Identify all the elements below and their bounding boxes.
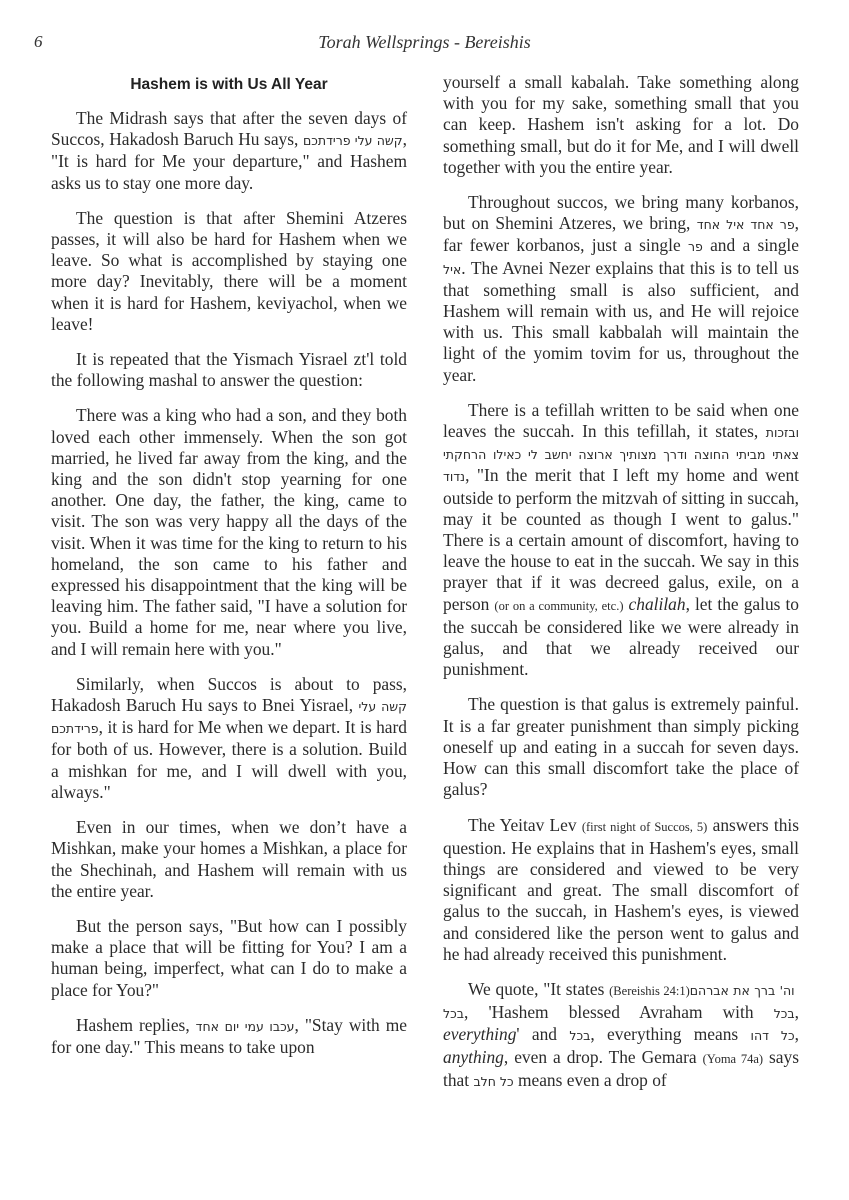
hebrew-quote: קשה עלי פרידתכם <box>303 133 403 148</box>
citation: (Yoma 74a) <box>703 1052 763 1066</box>
running-title: Torah Wellsprings - Bereishis <box>0 32 849 53</box>
citation: (Bereishis 24:1) <box>609 984 690 998</box>
parenthetical: (or on a community, etc.) <box>494 599 623 613</box>
paragraph-korbanos: Throughout succos, we bring many korbano… <box>443 192 799 386</box>
section-heading: Hashem is with Us All Year <box>51 76 407 94</box>
hebrew-word: בכל <box>774 1006 795 1021</box>
paragraph-hashem-replies: Hashem replies, עכבו עמי יום אחד, "Stay … <box>51 1015 407 1058</box>
paragraph-kabalah-continued: yourself a small kabalah. Take something… <box>443 72 799 178</box>
paragraph-galus-question: The question is that galus is extremely … <box>443 694 799 800</box>
paragraph-mashal: There was a king who had a son, and they… <box>51 405 407 659</box>
hebrew-word: בכל <box>569 1028 590 1043</box>
paragraph-yeitav-lev: The Yeitav Lev (first night of Succos, 5… <box>443 815 799 965</box>
paragraph-we-quote: We quote, "It states (Bereishis 24:1) וה… <box>443 979 799 1092</box>
hebrew-word: כל דהו <box>751 1028 795 1043</box>
hebrew-word: איל <box>443 262 461 277</box>
hebrew-word: כל חלב <box>473 1074 513 1089</box>
left-column: Hashem is with Us All Year The Midrash s… <box>51 72 407 1072</box>
paragraph-similarly: Similarly, when Succos is about to pass,… <box>51 674 407 803</box>
hebrew-word: פר <box>688 239 703 254</box>
paragraph-yismach-yisrael: It is repeated that the Yismach Yisrael … <box>51 349 407 391</box>
citation: (first night of Succos, 5) <box>582 820 708 834</box>
hebrew-quote: פר אחד איל אחד <box>697 217 795 232</box>
hebrew-quote: עכבו עמי יום אחד <box>196 1019 295 1034</box>
paragraph-our-times: Even in our times, when we don’t have a … <box>51 817 407 902</box>
paragraph-person-says: But the person says, "But how can I poss… <box>51 916 407 1001</box>
page-header: 6 Torah Wellsprings - Bereishis <box>0 32 849 58</box>
paragraph-tefillah: There is a tefillah written to be said w… <box>443 400 799 681</box>
right-column: yourself a small kabalah. Take something… <box>443 72 799 1106</box>
paragraph-midrash: The Midrash says that after the seven da… <box>51 108 407 194</box>
paragraph-question: The question is that after Shemini Atzer… <box>51 208 407 335</box>
